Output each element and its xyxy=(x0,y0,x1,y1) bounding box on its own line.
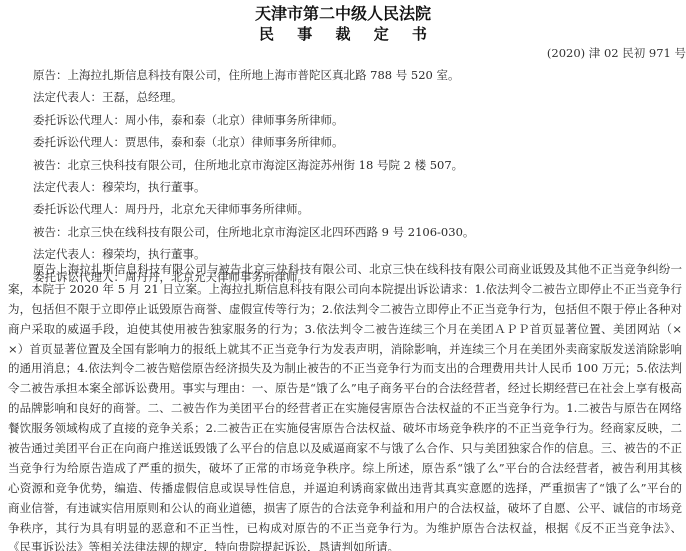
party-defendant: 被告：北京三快在线科技有限公司，住所地北京市海淀区北四环西路 9 号 2106-… xyxy=(33,221,683,243)
body-line: ×）首页显著位置及全国有影响力的报纸上就其不正当竞争行为发表声明，消除影响，并连… xyxy=(8,340,682,360)
court-name: 天津市第二中级人民法院 xyxy=(0,4,686,24)
body-line: 商户采取的威逼手段，迫使其使用被告独家服务的行为；3.依法判令二被告连续三个月在… xyxy=(8,320,682,340)
body-line: 心资源和竞争优势，编造、传播虚假信息或误导性信息，并逼迫利诱商家做出违背其真实意… xyxy=(8,479,682,499)
party-defendant: 被告：北京三快科技有限公司，住所地北京市海淀区海淀苏州街 18 号院 2 楼 5… xyxy=(33,154,683,176)
body-line: 的品牌影响和良好的商誉。二、二被告作为美团平台的经营者正在实施侵害原告合法权益的… xyxy=(8,399,682,419)
case-summary-paragraph: 原告上海拉扎斯信息科技有限公司与被告北京三快科技有限公司、北京三快在线科技有限公… xyxy=(8,260,682,551)
body-line: 的通用消息；4.依法判令二被告赔偿原告经济损失及为制止被告的不正当竞争行为而支出… xyxy=(8,359,682,379)
party-agent: 委托诉讼代理人：贾思伟，泰和泰（北京）律师事务所律师。 xyxy=(33,131,683,153)
body-line: 案，本院于 2020 年 5 月 21 日立案。上海拉扎斯信息科技有限公司向本院… xyxy=(8,280,682,300)
document-type-title: 民 事 裁 定 书 xyxy=(0,24,686,44)
party-agent: 委托诉讼代理人：周小伟，泰和泰（北京）律师事务所律师。 xyxy=(33,109,683,131)
party-agent: 委托诉讼代理人：周丹丹，北京允天律师事务所律师。 xyxy=(33,198,683,220)
body-line: 原告上海拉扎斯信息科技有限公司与被告北京三快科技有限公司、北京三快在线科技有限公… xyxy=(8,260,682,280)
ruling-document-page: 天津市第二中级人民法院 民 事 裁 定 书 (2020) 津 02 民初 971… xyxy=(0,0,686,551)
body-line: 争秩序，其行为具有明显的恶意和不正当性，已构成对原告的不正当竞争行为。为维护原告… xyxy=(8,519,682,539)
body-line: 为，包括但不限于立即停止诋毁原告商誉、虚假宣传等行为；2.依法判令二被告立即停止… xyxy=(8,300,682,320)
body-line: 商业信誉，有违诚实信用原则和公认的商业道德，损害了原告的合法竞争利益和用户的合法… xyxy=(8,499,682,519)
party-plaintiff: 原告：上海拉扎斯信息科技有限公司，住所地上海市普陀区真北路 788 号 520 … xyxy=(33,64,683,86)
body-line: 《民事诉讼法》等相关法律法规的规定，特向贵院提起诉讼，恳请判如所请。 xyxy=(8,538,682,551)
body-line: 被告通过美团平台正在向商户推送诋毁饿了么平台的信息以及威逼商家不与饿了么合作、只… xyxy=(8,439,682,459)
party-legal-representative: 法定代表人：穆荣均，执行董事。 xyxy=(33,176,683,198)
body-line: 令二被告承担本案全部诉讼费用。事实与理由：一、原告是“饿了么”电子商务平台的合法… xyxy=(8,379,682,399)
party-list: 原告：上海拉扎斯信息科技有限公司，住所地上海市普陀区真北路 788 号 520 … xyxy=(33,64,683,288)
body-line: 餐饮服务领域构成了直接的竞争关系；2.二被告正在实施侵害原告合法权益、破坏市场竞… xyxy=(8,419,682,439)
body-line: 当竞争行为给原告造成了严重的损失，破坏了正常的市场竞争秩序。综上所述，原告系“饿… xyxy=(8,459,682,479)
case-number: (2020) 津 02 民初 971 号 xyxy=(547,44,686,62)
party-legal-representative: 法定代表人：王磊，总经理。 xyxy=(33,86,683,108)
